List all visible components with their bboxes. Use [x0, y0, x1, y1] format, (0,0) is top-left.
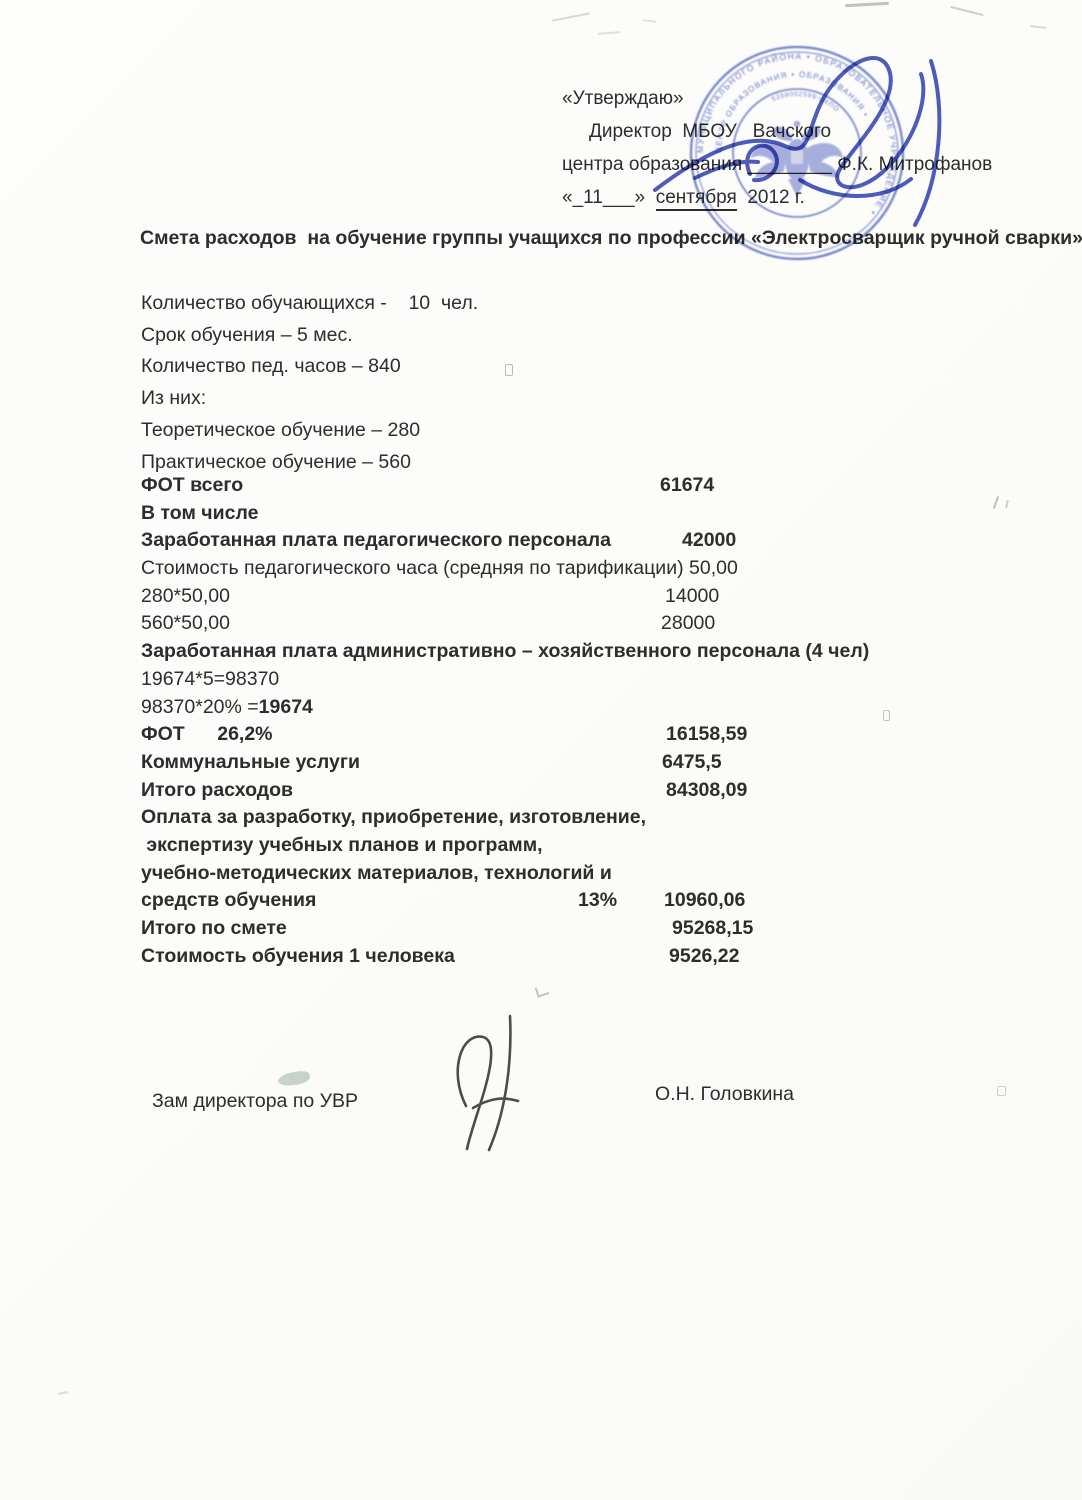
budget-label: В том числе [141, 502, 258, 524]
budget-label: Коммунальные услуги [141, 751, 360, 773]
deputy-director-name: О.Н. Головкина [655, 1083, 794, 1106]
scan-mark [997, 1086, 1006, 1096]
scan-mark [535, 984, 550, 997]
budget-row: 19674*5=98370 [141, 668, 1051, 696]
budget-row: Коммунальные услуги 6475,5 [141, 751, 1051, 779]
budget-label: Стоимость обучения 1 человека [141, 945, 455, 967]
budget-row: В том числе [141, 502, 1051, 530]
budget-label: Оплата за разработку, приобретение, изго… [141, 806, 646, 828]
budget-label-bold-part: 19674 [259, 696, 313, 718]
budget-row: экспертизу учебных планов и программ, [141, 834, 1051, 862]
budget-label: 280*50,00 [141, 585, 230, 607]
info-line: Теоретическое обучение – 280 [141, 415, 478, 447]
budget-value: 61674 [660, 474, 714, 497]
budget-row: Итого по смете 95268,15 [141, 917, 1051, 945]
budget-value: 10960,06 [664, 889, 745, 912]
budget-label: ФОТ всего [141, 474, 243, 496]
budget-label: Итого по смете [141, 917, 287, 939]
budget-row: Заработанная плата педагогического персо… [141, 529, 1051, 557]
budget-percent: 13% [578, 889, 617, 912]
budget-value: 42000 [682, 529, 736, 552]
scan-mark [552, 12, 590, 21]
budget-label: средств обучения [141, 889, 316, 911]
budget-row: 560*50,00 28000 [141, 612, 1051, 640]
scan-smudge [277, 1070, 310, 1087]
budget-value: 9526,22 [669, 945, 740, 968]
info-line: Количество пед. часов – 840 [141, 351, 478, 383]
scan-mark [58, 1391, 68, 1395]
scan-mark [845, 2, 889, 7]
budget-row: ФОТ всего 61674 [141, 474, 1051, 502]
budget-label: Стоимость педагогического часа (средняя … [141, 557, 738, 579]
budget-value: 6475,5 [662, 751, 722, 774]
scan-mark [505, 364, 513, 376]
budget-row: Стоимость обучения 1 человека 9526,22 [141, 945, 1051, 973]
info-line: Количество обучающихся - 10 чел. [141, 288, 478, 320]
deputy-director-label: Зам директора по УВР [152, 1090, 358, 1113]
budget-row: Оплата за разработку, приобретение, изго… [141, 806, 1051, 834]
budget-row: средств обучения 13% 10960,06 [141, 889, 1051, 917]
budget-label: учебно-методических материалов, технолог… [141, 862, 612, 884]
budget-label: 98370*20% = [141, 696, 259, 718]
info-line: Срок обучения – 5 мес. [141, 320, 478, 352]
budget-value: 95268,15 [672, 917, 753, 940]
budget-label: Итого расходов [141, 779, 293, 801]
budget-value: 28000 [661, 612, 715, 635]
budget-value: 84308,09 [666, 779, 747, 802]
budget-label: Заработанная плата педагогического персо… [141, 529, 611, 551]
budget-row: 98370*20% =19674 [141, 696, 1051, 724]
budget-row: учебно-методических материалов, технолог… [141, 862, 1051, 890]
scan-mark [643, 19, 656, 23]
budget-value: 16158,59 [666, 723, 747, 746]
budget-label: экспертизу учебных планов и программ, [141, 834, 543, 856]
budget-table: ФОТ всего 61674 В том числе Заработанная… [141, 474, 1051, 972]
deputy-signature [428, 1008, 568, 1158]
scanned-document-page: «Утверждаю» Директор МБОУ Вачского центр… [0, 0, 1082, 1500]
budget-row: ФОТ 26,2% 16158,59 [141, 723, 1051, 751]
budget-value: 14000 [665, 585, 719, 608]
director-signature [600, 28, 1000, 258]
budget-label: Заработанная плата административно – хоз… [141, 640, 869, 662]
budget-label: 19674*5=98370 [141, 668, 279, 690]
budget-row: 280*50,00 14000 [141, 585, 1051, 613]
budget-row: Стоимость педагогического часа (средняя … [141, 557, 1051, 585]
scan-mark [1030, 25, 1046, 29]
training-info-block: Количество обучающихся - 10 чел. Срок об… [141, 288, 478, 478]
budget-label: ФОТ 26,2% [141, 723, 273, 745]
budget-row: Итого расходов 84308,09 [141, 779, 1051, 807]
scan-mark [950, 6, 983, 16]
budget-label: 560*50,00 [141, 612, 230, 634]
budget-row: Заработанная плата административно – хоз… [141, 640, 1051, 668]
info-line: Из них: [141, 383, 478, 415]
